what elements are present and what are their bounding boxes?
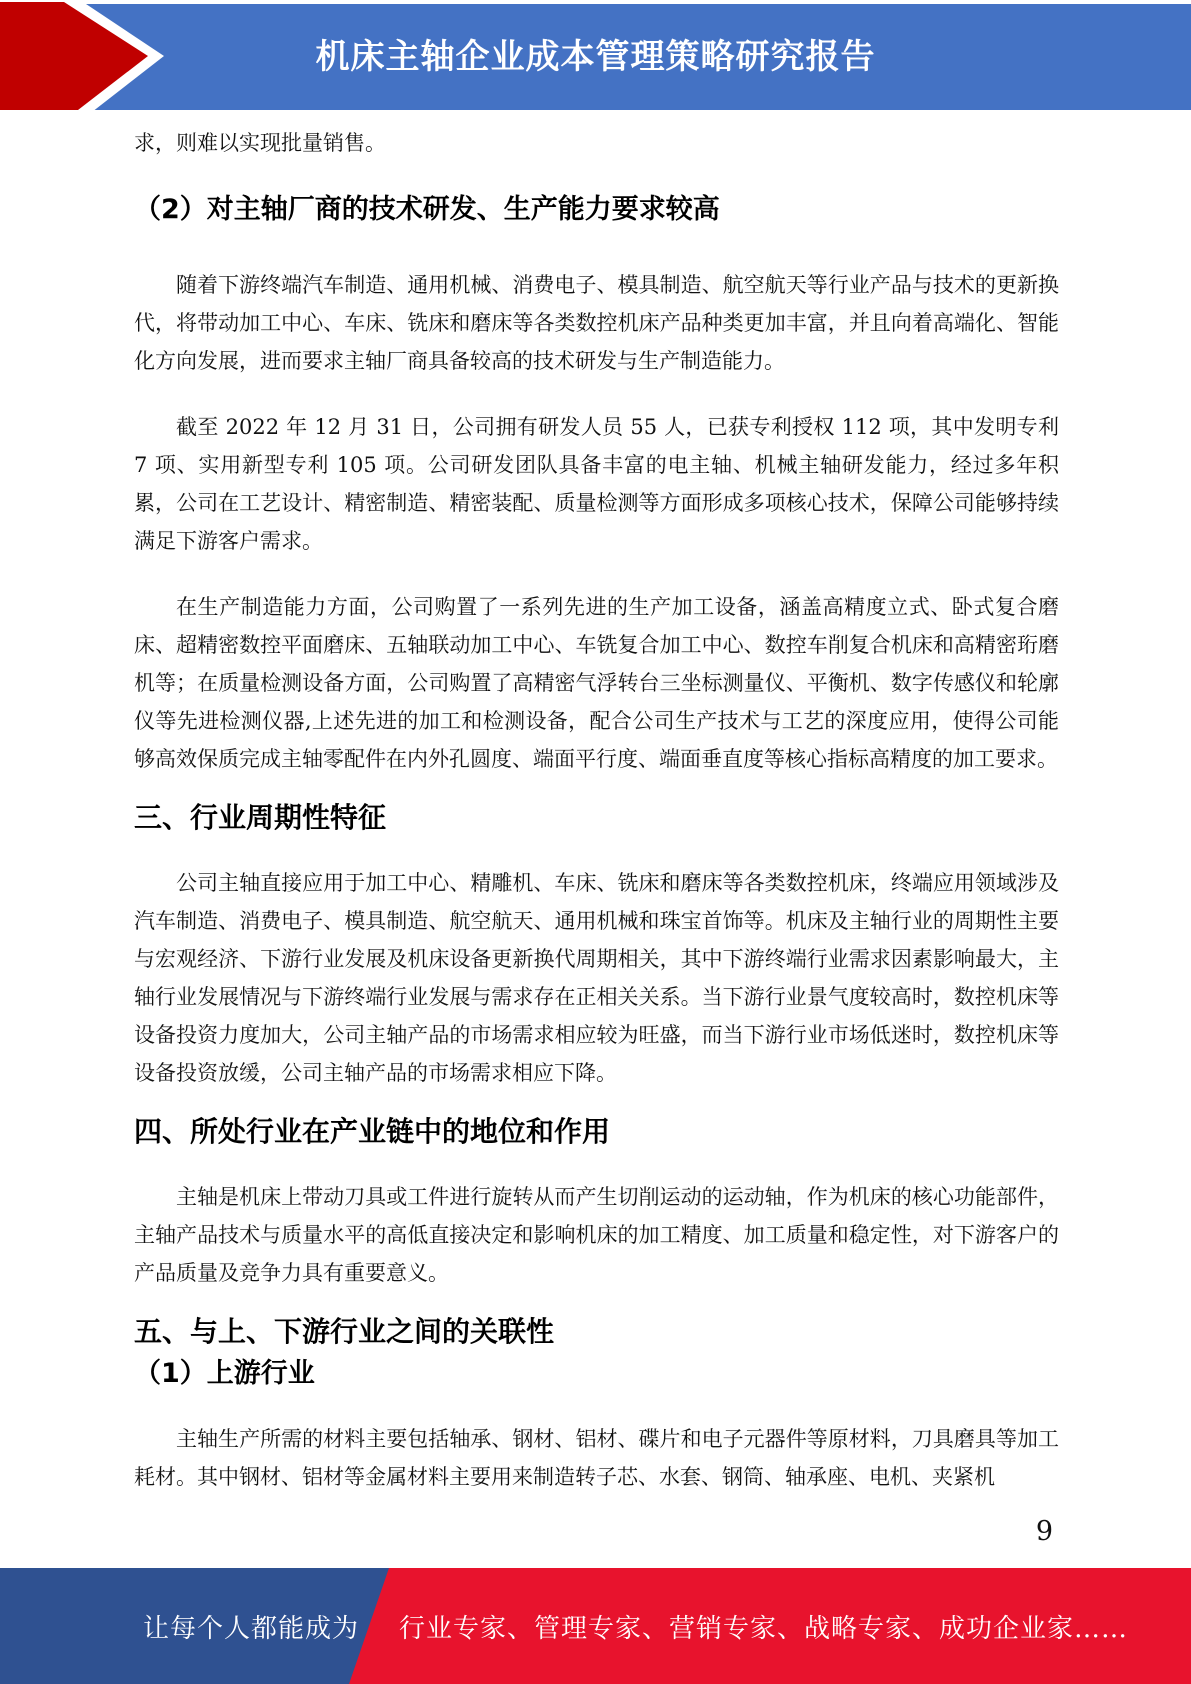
heading-industry-cyclicality: 三、行业周期性特征 xyxy=(134,800,1059,836)
footer-slogan-left: 让每个人都能成为 xyxy=(143,1568,359,1684)
body-continuation-line: 求，则难以实现批量销售。 xyxy=(134,124,1059,162)
paragraph-spindle-role: 主轴是机床上带动刀具或工件进行旋转从而产生切削运动的运动轴，作为机床的核心功能部… xyxy=(134,1178,1059,1292)
page-footer: 让每个人都能成为 行业专家、管理专家、营销专家、战略专家、成功企业家…… xyxy=(0,1568,1191,1684)
paragraph-rd-patents: 截至 2022 年 12 月 31 日，公司拥有研发人员 55 人，已获专利授权… xyxy=(134,408,1059,560)
paragraph-upstream-materials: 主轴生产所需的材料主要包括轴承、钢材、铝材、碟片和电子元器件等原材料，刀具磨具等… xyxy=(134,1420,1059,1496)
document-body: 求，则难以实现批量销售。 （2）对主轴厂商的技术研发、生产能力要求较高 随着下游… xyxy=(0,110,1191,1496)
paragraph-downstream-upgrade: 随着下游终端汽车制造、通用机械、消费电子、模具制造、航空航天等行业产品与技术的更… xyxy=(134,266,1059,380)
report-page: { "header": { "title": "机床主轴企业成本管理策略研究报告… xyxy=(0,0,1191,1684)
page-number: 9 xyxy=(1036,1516,1053,1547)
heading-industry-chain-position: 四、所处行业在产业链中的地位和作用 xyxy=(134,1114,1059,1150)
page-header: 机床主轴企业成本管理策略研究报告 xyxy=(0,0,1191,112)
paragraph-cyclicality-detail: 公司主轴直接应用于加工中心、精雕机、车床、铣床和磨床等各类数控机床，终端应用领域… xyxy=(134,864,1059,1092)
heading-upstream-industry: （1）上游行业 xyxy=(134,1356,1059,1392)
heading-tech-requirements: （2）对主轴厂商的技术研发、生产能力要求较高 xyxy=(134,192,1059,228)
paragraph-manufacturing-capability: 在生产制造能力方面，公司购置了一系列先进的生产加工设备，涵盖高精度立式、卧式复合… xyxy=(134,588,1059,778)
heading-up-downstream-relation: 五、与上、下游行业之间的关联性 xyxy=(134,1314,1059,1350)
report-title: 机床主轴企业成本管理策略研究报告 xyxy=(0,0,1191,106)
footer-slogan-right: 行业专家、管理专家、营销专家、战略专家、成功企业家…… xyxy=(399,1568,1128,1684)
